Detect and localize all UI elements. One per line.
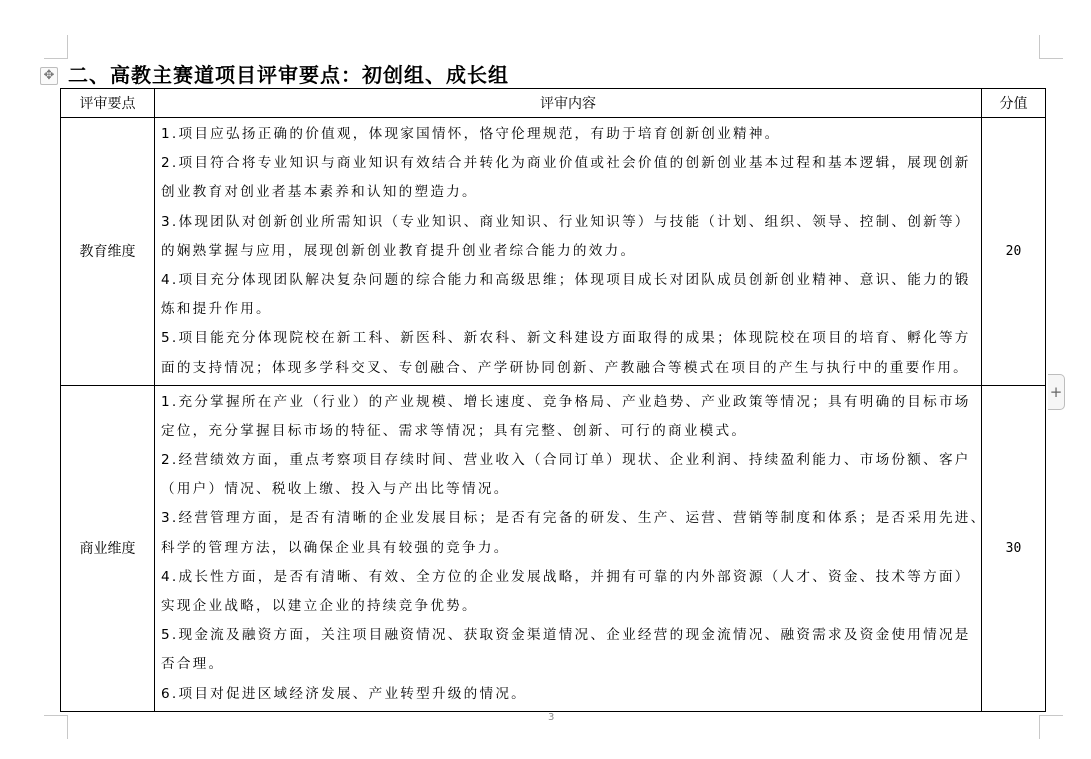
- add-column-button[interactable]: +: [1048, 374, 1065, 410]
- content-line: 6.项目对促进区域经济发展、产业转型升级的情况。: [161, 680, 975, 709]
- page-corner-mark-bottom-left: [44, 715, 68, 739]
- row-key-business: 商业维度: [61, 385, 155, 711]
- content-line: 5.现金流及融资方面，关注项目融资情况、获取资金渠道情况、企业经营的现金流情况、…: [161, 621, 975, 650]
- content-line: 2.经营绩效方面，重点考察项目存续时间、营业收入（合同订单）现状、企业利润、持续…: [161, 446, 975, 475]
- header-content: 评审内容: [155, 89, 982, 118]
- row-score-business: 30: [982, 385, 1046, 711]
- content-line: 创业教育对创业者基本素养和认知的塑造力。: [161, 178, 975, 207]
- content-line: 5.项目能充分体现院校在新工科、新医科、新农科、新文科建设方面取得的成果；体现院…: [161, 324, 975, 353]
- content-line: 面的支持情况；体现多学科交叉、专创融合、产学研协同创新、产教融合等模式在项目的产…: [161, 354, 975, 383]
- content-line: （用户）情况、税收上缴、投入与产出比等情况。: [161, 475, 975, 504]
- content-line: 炼和提升作用。: [161, 295, 975, 324]
- page-number: 3: [548, 712, 554, 723]
- header-key-points: 评审要点: [61, 89, 155, 118]
- section-heading: 二、高教主赛道项目评审要点：初创组、成长组: [68, 59, 509, 88]
- content-line: 3.经营管理方面，是否有清晰的企业发展目标；是否有完备的研发、生产、运营、营销等…: [161, 504, 975, 533]
- evaluation-criteria-table: 评审要点 评审内容 分值 教育维度 1.项目应弘扬正确的价值观，体现家国情怀，恪…: [60, 88, 1046, 712]
- table-row-education: 教育维度 1.项目应弘扬正确的价值观，体现家国情怀，恪守伦理规范，有助于培育创新…: [61, 118, 1046, 386]
- content-line: 2.项目符合将专业知识与商业知识有效结合并转化为商业价值或社会价值的创新创业基本…: [161, 149, 975, 178]
- content-line: 3.体现团队对创新创业所需知识（专业知识、商业知识、行业知识等）与技能（计划、组…: [161, 208, 975, 237]
- content-line: 1.充分掌握所在产业（行业）的产业规模、增长速度、竞争格局、产业趋势、产业政策等…: [161, 388, 975, 417]
- content-line: 科学的管理方法，以确保企业具有较强的竞争力。: [161, 534, 975, 563]
- row-content-business: 1.充分掌握所在产业（行业）的产业规模、增长速度、竞争格局、产业趋势、产业政策等…: [155, 385, 982, 711]
- page-corner-mark-top-right: [1039, 35, 1063, 59]
- table-row-business: 商业维度 1.充分掌握所在产业（行业）的产业规模、增长速度、竞争格局、产业趋势、…: [61, 385, 1046, 711]
- content-line: 否合理。: [161, 650, 975, 679]
- content-line: 1.项目应弘扬正确的价值观，体现家国情怀，恪守伦理规范，有助于培育创新创业精神。: [161, 120, 975, 149]
- content-line: 4.项目充分体现团队解决复杂问题的综合能力和高级思维；体现项目成长对团队成员创新…: [161, 266, 975, 295]
- table-move-handle-icon[interactable]: ✥: [40, 67, 58, 85]
- row-score-education: 20: [982, 118, 1046, 386]
- row-key-education: 教育维度: [61, 118, 155, 386]
- content-line: 的娴熟掌握与应用，展现创新创业教育提升创业者综合能力的效力。: [161, 237, 975, 266]
- content-line: 4.成长性方面，是否有清晰、有效、全方位的企业发展战略，并拥有可靠的内外部资源（…: [161, 563, 975, 592]
- content-line: 实现企业战略，以建立企业的持续竞争优势。: [161, 592, 975, 621]
- page-corner-mark-bottom-right: [1039, 715, 1063, 739]
- content-line: 定位，充分掌握目标市场的特征、需求等情况；具有完整、创新、可行的商业模式。: [161, 417, 975, 446]
- header-score: 分值: [982, 89, 1046, 118]
- row-content-education: 1.项目应弘扬正确的价值观，体现家国情怀，恪守伦理规范，有助于培育创新创业精神。…: [155, 118, 982, 386]
- page-corner-mark-top-left: [44, 35, 68, 59]
- table-header-row: 评审要点 评审内容 分值: [61, 89, 1046, 118]
